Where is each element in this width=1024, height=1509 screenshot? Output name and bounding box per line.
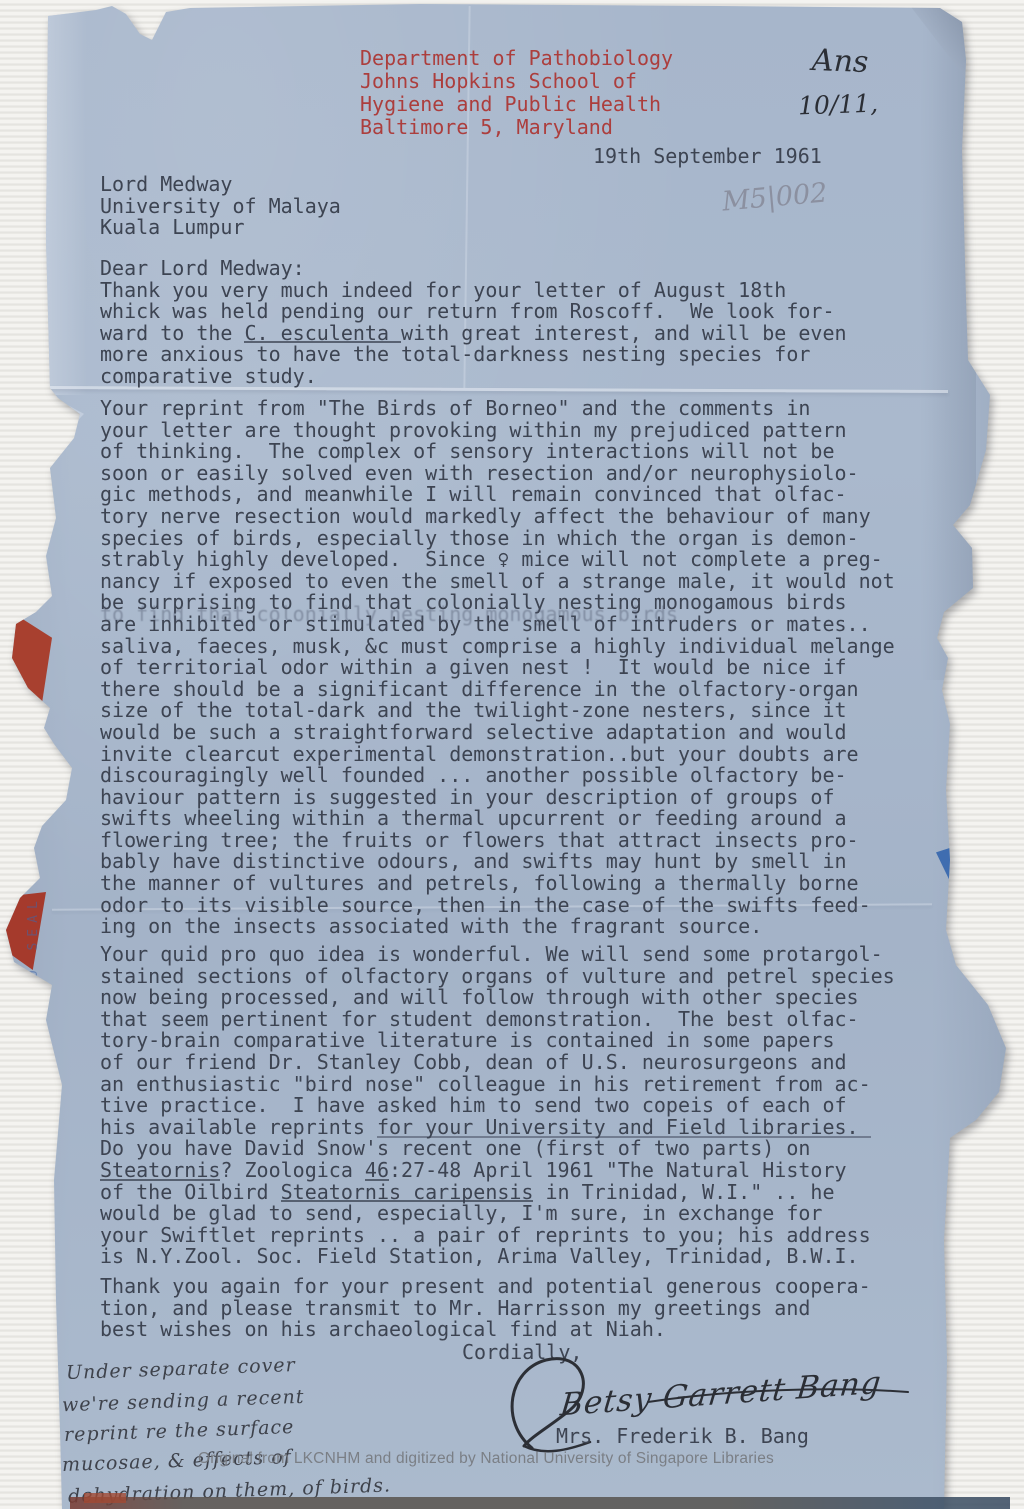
date-line: 19th September 1961 — [593, 146, 822, 168]
library-watermark: Original from LKCNHM and digitized by Na… — [198, 1450, 774, 1468]
answered-date-note: 10/11, — [798, 89, 879, 121]
scanned-letter-page: TO SEAL Department of Pathobiology Johns… — [0, 0, 1024, 1509]
envelope-edge-text: TO SEAL — [26, 812, 41, 992]
underline-steatornis — [100, 1179, 220, 1181]
underline-volume-46 — [365, 1179, 389, 1181]
answered-note-text: Ans — [811, 43, 869, 80]
underline-steatornis-caripensis — [281, 1200, 534, 1202]
answered-date-text: 10/11, — [798, 89, 879, 121]
recipient-line-2: University of Malaya — [100, 196, 341, 218]
answered-note: Ans — [811, 43, 869, 80]
recipient-line-1: Lord Medway — [100, 174, 232, 196]
blue-edge-mark — [936, 844, 962, 882]
signature-typed: Mrs. Frederik B. Bang — [556, 1426, 809, 1448]
letterhead-line-2: Johns Hopkins School of — [360, 71, 637, 93]
letterhead-line-3: Hygiene and Public Health — [360, 94, 661, 116]
top-right-fold — [905, 4, 967, 80]
letterhead-line-4: Baltimore 5, Maryland — [360, 117, 613, 139]
paragraph-1: Dear Lord Medway: Thank you very much in… — [100, 258, 847, 388]
underline-c-esculenta — [244, 341, 401, 343]
paragraph-3: Your quid pro quo idea is wonderful. We … — [100, 944, 895, 1268]
recipient-line-3: Kuala Lumpur — [100, 217, 245, 239]
left-tear-flap — [46, 388, 84, 442]
red-edge-mark-top — [6, 612, 52, 704]
right-edge-shading — [896, 0, 976, 680]
left-fold-highlight — [46, 0, 86, 395]
paragraph-2: Your reprint from "The Birds of Borneo" … — [100, 398, 895, 938]
underline-libraries — [377, 1136, 871, 1138]
ghost-typewriter-line: to find that colonially nesting monogamo… — [100, 602, 678, 626]
letterhead-line-1: Department of Pathobiology — [360, 48, 673, 70]
paragraph-4: Thank you again for your present and pot… — [100, 1276, 871, 1341]
